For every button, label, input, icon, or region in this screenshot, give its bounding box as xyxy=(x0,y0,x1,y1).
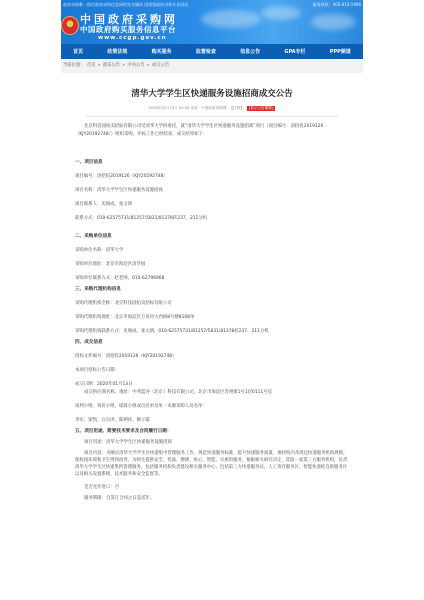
intro-paragraph: 北京科技园拍卖招标有限公司受清华大学的委托，就“清华大学学生区快递服务设施招商”… xyxy=(75,123,349,139)
nav-item-supervision[interactable]: 监督检查 xyxy=(196,48,216,55)
nav-item-purchase-services[interactable]: 购买服务 xyxy=(152,48,172,55)
breadcrumb-separator: » xyxy=(147,63,150,68)
buyer-address: 采购单位地址：北京市海淀区清华园 xyxy=(75,261,349,269)
nav-item-gpa[interactable]: GPA专栏 xyxy=(284,48,305,55)
section-heading: 五、项目用途、简要技术要求及合同履行日期： xyxy=(75,428,349,436)
site-header: 政府采购唯一指定政府采购信息网络发布媒体 国家级政府采购专业网站 服务热线：40… xyxy=(61,0,363,44)
top-slogan: 政府采购唯一指定政府采购信息网络发布媒体 国家级政府采购专业网站 xyxy=(63,2,188,8)
nav-item-home[interactable]: 首页 xyxy=(73,48,83,55)
cloud-decoration xyxy=(201,10,261,28)
section-heading: 一、项目信息 xyxy=(75,159,349,167)
site-logo-subtitle: 中国政府购买服务信息平台 xyxy=(80,26,176,34)
breadcrumb-notices[interactable]: 政采公告 xyxy=(103,63,120,68)
section-heading: 四、成交信息 xyxy=(75,339,349,347)
site-logo-url: www.ccgp.gov.cn xyxy=(98,35,167,41)
project-code: 项目编号：清招投2019126（KJY20192748） xyxy=(75,173,349,181)
agency-address: 采购代理机构地址：北京市海淀区万泉河大西路8号楼8108单 xyxy=(75,314,349,322)
project-use: 项目用途：清华大学学生区快递服务设施招商 xyxy=(75,439,349,447)
winning-supplier: 成交供应商名称、地址：中邦蓝谷（北京）科技有限公司，北京市海淀区苏州街1号1层0… xyxy=(75,389,349,397)
deal-date: 成交日期：2020年01月13日 xyxy=(75,381,349,389)
main-nav: 首页 政策法规 购买服务 监督检查 信息公告 GPA专栏 PPP频道 xyxy=(61,44,363,59)
project-name: 项目名称：清华大学学生区快递服务设施招商 xyxy=(75,187,349,195)
national-emblem-icon xyxy=(61,16,79,35)
hotline: 服务热线：400-810-1996 xyxy=(313,2,361,8)
breadcrumb-separator: » xyxy=(98,63,101,68)
print-link[interactable]: 【打印】 xyxy=(229,106,243,110)
breadcrumb-prefix: 当前位置： xyxy=(63,63,84,68)
meta-source: 来源：中国政府采购网 xyxy=(190,106,226,110)
meta-date: 2020年01月13日 09:34 xyxy=(149,106,190,110)
breadcrumb-central[interactable]: 中央公告 xyxy=(127,63,144,68)
tender-announce-date: 本项目招标公告日期： xyxy=(75,367,349,375)
panel-members-label: 谈判小组、询价小组、磋商小组成员名单及单一来源采购人员名单： xyxy=(75,403,349,411)
breadcrumb-current[interactable]: 成交公告 xyxy=(152,63,169,68)
nav-item-announcements[interactable]: 信息公告 xyxy=(240,48,260,55)
top-info-line: 政府采购唯一指定政府采购信息网络发布媒体 国家级政府采购专业网站 服务热线：40… xyxy=(63,2,361,8)
show-summary-button[interactable]: [显示公告概要] xyxy=(247,106,275,111)
project-content: 项目内容：为顺应清华大学学生区快递集中管理服务工作，规范快递服务标准，提升快递服… xyxy=(75,450,349,478)
cloud-decoration xyxy=(311,14,356,30)
page-container: 政府采购唯一指定政府采购信息网络发布媒体 国家级政府采购专业网站 服务热线：40… xyxy=(61,0,363,503)
panel-members: 李军、梁凯、白宗洪、陈朔祥、穆子霞 xyxy=(75,417,349,425)
agency-contact: 采购代理机构联系方式：史俊成、张文朗，010-62575731/81257/58… xyxy=(75,328,349,336)
nav-item-policy[interactable]: 政策法规 xyxy=(107,48,127,55)
nav-item-ppp[interactable]: PPP频道 xyxy=(330,48,351,55)
project-phone: 联系方式：010-62575731/81257/5831/81378转237、2… xyxy=(75,215,349,223)
breadcrumb: 当前位置： 首页 » 政采公告 » 中央公告 » 成交公告 xyxy=(61,59,363,73)
buyer-name: 采购单位名称：清华大学 xyxy=(75,247,349,255)
breadcrumb-home[interactable]: 首页 xyxy=(87,63,96,68)
article: 清华大学学生区快递服务设施招商成交公告 2020年01月13日 09:34 来源… xyxy=(61,88,363,503)
import-allowed: 是否允许进口：否 xyxy=(75,484,349,492)
service-period: 服务期限：自签订合同之日起贰年。 xyxy=(75,495,349,503)
section-heading: 三、采购代理机构信息 xyxy=(75,286,349,294)
agency-name: 采购代理机构全称：北京科技园拍卖招标有限公司 xyxy=(75,300,349,308)
cloud-decoration xyxy=(261,6,301,20)
buyer-contact: 采购单位联系方式：赵老师，010-62796908 xyxy=(75,275,349,283)
page-title: 清华大学学生区快递服务设施招商成交公告 xyxy=(75,88,349,100)
article-meta: 2020年01月13日 09:34 来源：中国政府采购网 【打印】 [显示公告概… xyxy=(85,105,339,117)
project-contact: 项目联系人：史俊成、张文朗 xyxy=(75,201,349,209)
tender-doc-code: 招标文件编号：清招投2019126（KJY20192748） xyxy=(75,353,349,361)
section-heading: 二、采购单位信息 xyxy=(75,233,349,241)
breadcrumb-separator: » xyxy=(122,63,125,68)
